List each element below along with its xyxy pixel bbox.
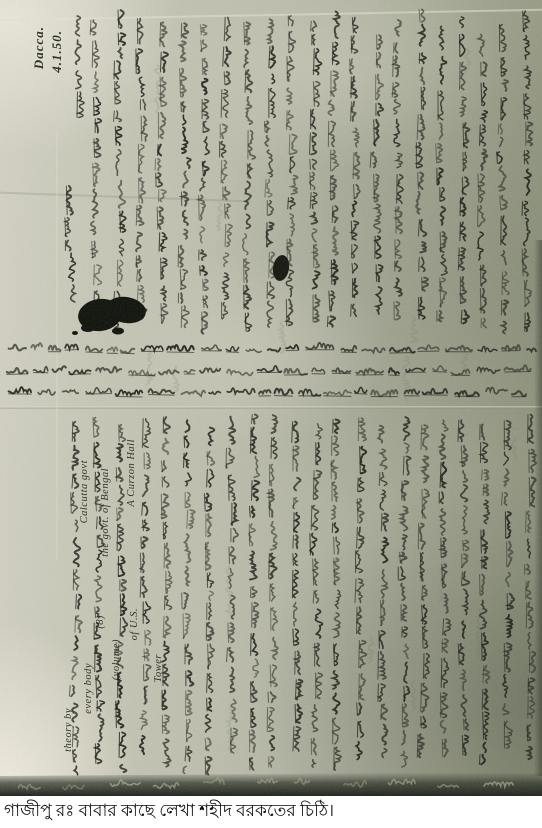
page: Dacca. 4.1.50. Calcutta govtthe govt. of… (0, 0, 542, 828)
photo-caption: গাজীপু রঃ বাবার কাছে লেখা শহীদ বরকতের চি… (0, 796, 542, 828)
caption-text: গাজীপু রঃ বাবার কাছে লেখা শহীদ বরকতের চি… (4, 798, 334, 826)
handwriting-layer (0, 0, 542, 796)
film-grain (0, 0, 542, 796)
dateline-date: 4.1.50. (49, 30, 65, 73)
dateline-place: Dacca. (31, 26, 47, 69)
letter-photo: Dacca. 4.1.50. Calcutta govtthe govt. of… (0, 0, 542, 796)
